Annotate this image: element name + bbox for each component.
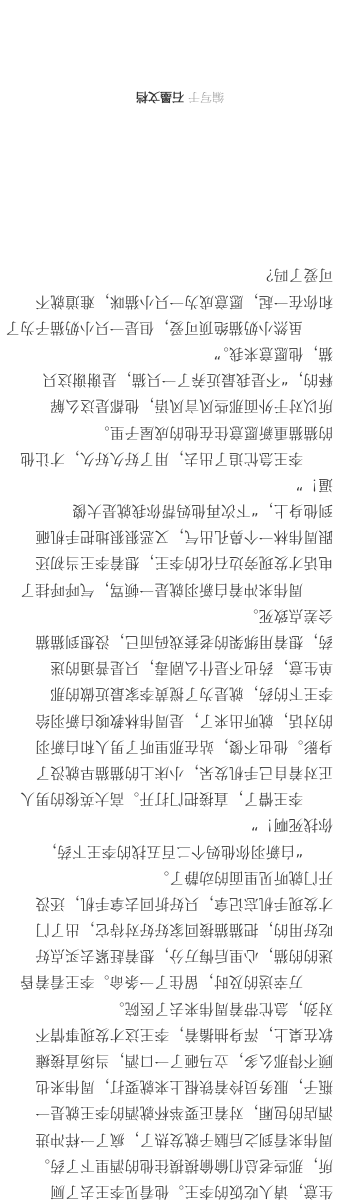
paragraph-line: 开门就听见里面的动静了。	[23, 864, 333, 890]
paragraph-line: 对劲，急忙带着周伟来去了医院。	[23, 995, 333, 1021]
paragraph-line: 顾不得那么多，立马砸了一口酒，当场直接瘫	[23, 1047, 333, 1073]
footer: 编写于石墨文档	[0, 89, 360, 105]
paragraph-line: “白新羽你他妈个二百五找的李王下药，	[23, 837, 333, 863]
document-body: 生意，请人吃饭的李王。他看见李王去了厕所，那些老总们偷偷摸摸往他的酒里下了药。周…	[23, 261, 333, 1200]
paragraph-line: 所以对于外面那些风言风语，他都是这么解	[23, 392, 333, 418]
paragraph-line: 吃好用的，把猫猫接回家好好对待它，出了门	[23, 916, 333, 942]
paragraph-line: 万幸送的及时，留住了一条命。李王看着昏	[23, 968, 333, 994]
paragraph-line: 李王下的药，就是为了搅黄李家最近做的那	[23, 680, 333, 706]
paragraph-line: 到他身上，“下次再他妈帮你我就是大傻	[23, 497, 333, 523]
paragraph-line: 酒店的包厢，对着正要举杯就酒的李王就是一	[23, 1099, 333, 1125]
paragraph-line: 的对话，就听出来了，是周伟林教唆白新羽给	[23, 706, 333, 732]
paragraph-line: 迷的的猫，心里后悔万分，想着赶紧去买点好	[23, 942, 333, 968]
paragraph-line: 可爱了吗？	[23, 261, 333, 287]
paragraph-line: 你找死啊！”	[23, 811, 333, 837]
paragraph-line: 所，那些老总们偷偷摸摸往他的酒里下了药。	[23, 1152, 333, 1178]
footer-brand-link[interactable]: 石墨文档	[136, 90, 184, 104]
paragraph-line: 正对着自己手机发呆，小床上的猫猫早就没了	[23, 759, 333, 785]
paragraph-line: 电话才发现旁边石化的李王，想着李王当初还	[23, 549, 333, 575]
paragraph-line: 跟周伟林一个鼻孔出气，又恶狠狠地把手机砸	[23, 523, 333, 549]
paragraph-line: 周伟来冲着白新羽就是一顿骂，气呼呼挂了	[23, 576, 333, 602]
paragraph-line: 的猫猫重新愿意住在他的成屋子里。	[23, 418, 333, 444]
paragraph-line: 释的，“不是我最近养了一只猫，是谢谢这只	[23, 366, 333, 392]
paragraph-line: 李王急忙追了出去，用了好久好久，才让他	[23, 445, 333, 471]
paragraph-line: 周伟来看到之后脑子就发热了，疯了一样冲进	[23, 1125, 333, 1151]
paragraph-line: 瓶子，服务员拎着铁棍上来就要打，周伟来也	[23, 1073, 333, 1099]
paragraph-line: 药，想着用绑架的老套戏码而已，没想到猫猫	[23, 628, 333, 654]
paragraph-line: 身影。他也不傻，站在那里听了男人和白新羽	[23, 733, 333, 759]
paragraph-line: 会差点致死。	[23, 602, 333, 628]
paragraph-line: 生意，请人吃饭的李王。他看见李王去了厕	[23, 1178, 333, 1200]
paragraph-line: 单生意，药也不是什么剧毒，只是普通的迷	[23, 654, 333, 680]
paragraph-line: 猫，他愿意来我。”	[23, 340, 333, 366]
paragraph-line: 和你在一起，愿意成为一只小猫咪，难道就不	[23, 287, 333, 313]
paragraph-line: 逼！”	[23, 471, 333, 497]
paragraph-line: 虽然小奶猫绝顶可爱，但是一只小奶猫子为了	[23, 314, 333, 340]
paragraph-line: 才发现手机忘记拿，只好折回去拿手机，还没	[23, 890, 333, 916]
footer-written-with: 编写于	[188, 90, 224, 104]
paragraph-line: 李王懵了，直接把门打开。高大英俊的男人	[23, 785, 333, 811]
paragraph-line: 软在桌上，浑身抽搐着，李王这才发现事情不	[23, 1021, 333, 1047]
rotated-page: 生意，请人吃饭的李王。他看见李王去了厕所，那些老总们偷偷摸摸往他的酒里下了药。周…	[0, 0, 360, 1200]
